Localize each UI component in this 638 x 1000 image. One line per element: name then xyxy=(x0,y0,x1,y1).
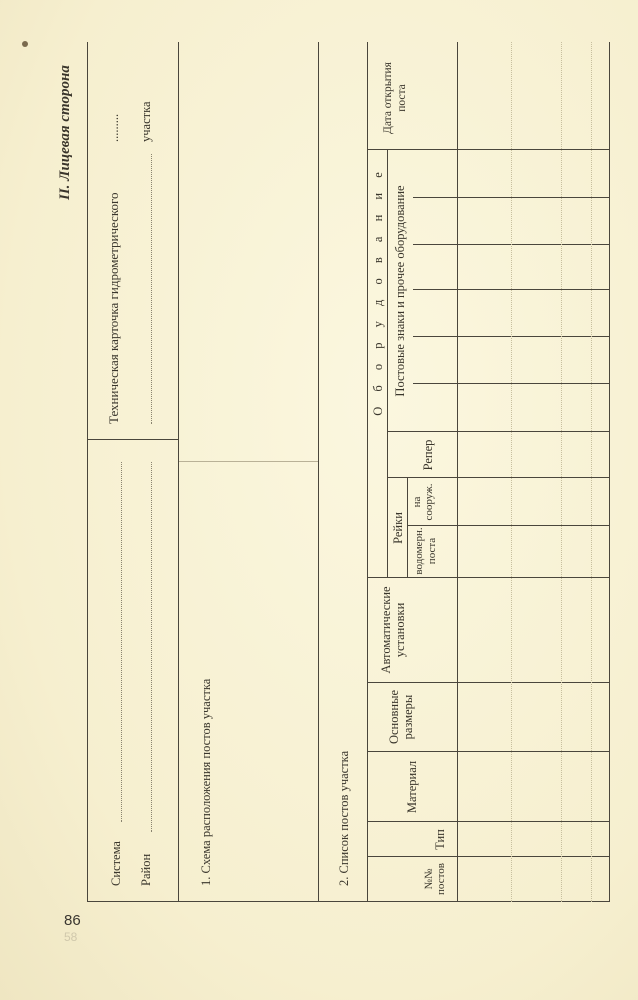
col-auto: Автоматические установки xyxy=(379,582,407,678)
frame-bottom xyxy=(609,42,610,902)
district-label: Район xyxy=(139,854,153,886)
page-number: 86 xyxy=(64,912,81,929)
header-split xyxy=(87,439,178,440)
frame-left xyxy=(87,901,610,902)
district-field[interactable] xyxy=(151,462,152,832)
card-title-leader: ......... xyxy=(107,114,121,142)
page-number-bleedthrough: 58 xyxy=(64,930,77,944)
col-staffs: Рейки xyxy=(391,478,405,578)
col-equipment: О б о р у д о в а н и е xyxy=(371,150,385,432)
col-staff-struct: на сооруж. xyxy=(411,482,435,522)
col-line xyxy=(367,682,609,683)
equipment-subheader-line xyxy=(387,150,388,578)
table-row[interactable] xyxy=(561,42,562,902)
table-row[interactable] xyxy=(511,42,512,902)
col-line xyxy=(367,856,609,857)
col-open-date: Дата открытия поста xyxy=(381,48,409,148)
header-divider xyxy=(178,42,179,902)
section1-divider xyxy=(318,42,319,902)
section2-title: 2. Список постов участка xyxy=(337,751,351,886)
col-benchmark: Репер xyxy=(421,432,435,478)
side-title-text: II. Лицевая сторона xyxy=(57,65,74,200)
system-label: Система xyxy=(109,841,123,886)
scheme-guide-line xyxy=(179,461,318,462)
technical-card-form: Система Район Техническая карточка гидро… xyxy=(87,42,610,902)
section1-title: 1. Схема расположения постов участка xyxy=(199,679,213,886)
col-staff-post: водомерн. поста xyxy=(413,526,439,576)
paper-speck xyxy=(22,41,28,47)
col-post-no: №№ постов xyxy=(423,858,447,900)
section-label: участка xyxy=(139,101,153,142)
section-name-field[interactable] xyxy=(151,154,152,424)
col-line xyxy=(367,751,609,752)
staffs-subheader-line xyxy=(407,478,408,578)
table-top xyxy=(367,42,368,902)
system-field[interactable] xyxy=(121,462,122,822)
card-title: Техническая карточка гидрометрического xyxy=(107,192,121,424)
table-header-bottom xyxy=(457,42,458,902)
col-type: Тип xyxy=(433,822,447,857)
col-material: Материал xyxy=(405,752,419,822)
col-post-signs: Постовые знаки и прочее оборудование xyxy=(393,150,407,432)
col-main-dims: Основные размеры xyxy=(387,684,415,750)
col-line xyxy=(367,821,609,822)
table-row[interactable] xyxy=(591,42,592,902)
frame-top xyxy=(87,42,88,902)
